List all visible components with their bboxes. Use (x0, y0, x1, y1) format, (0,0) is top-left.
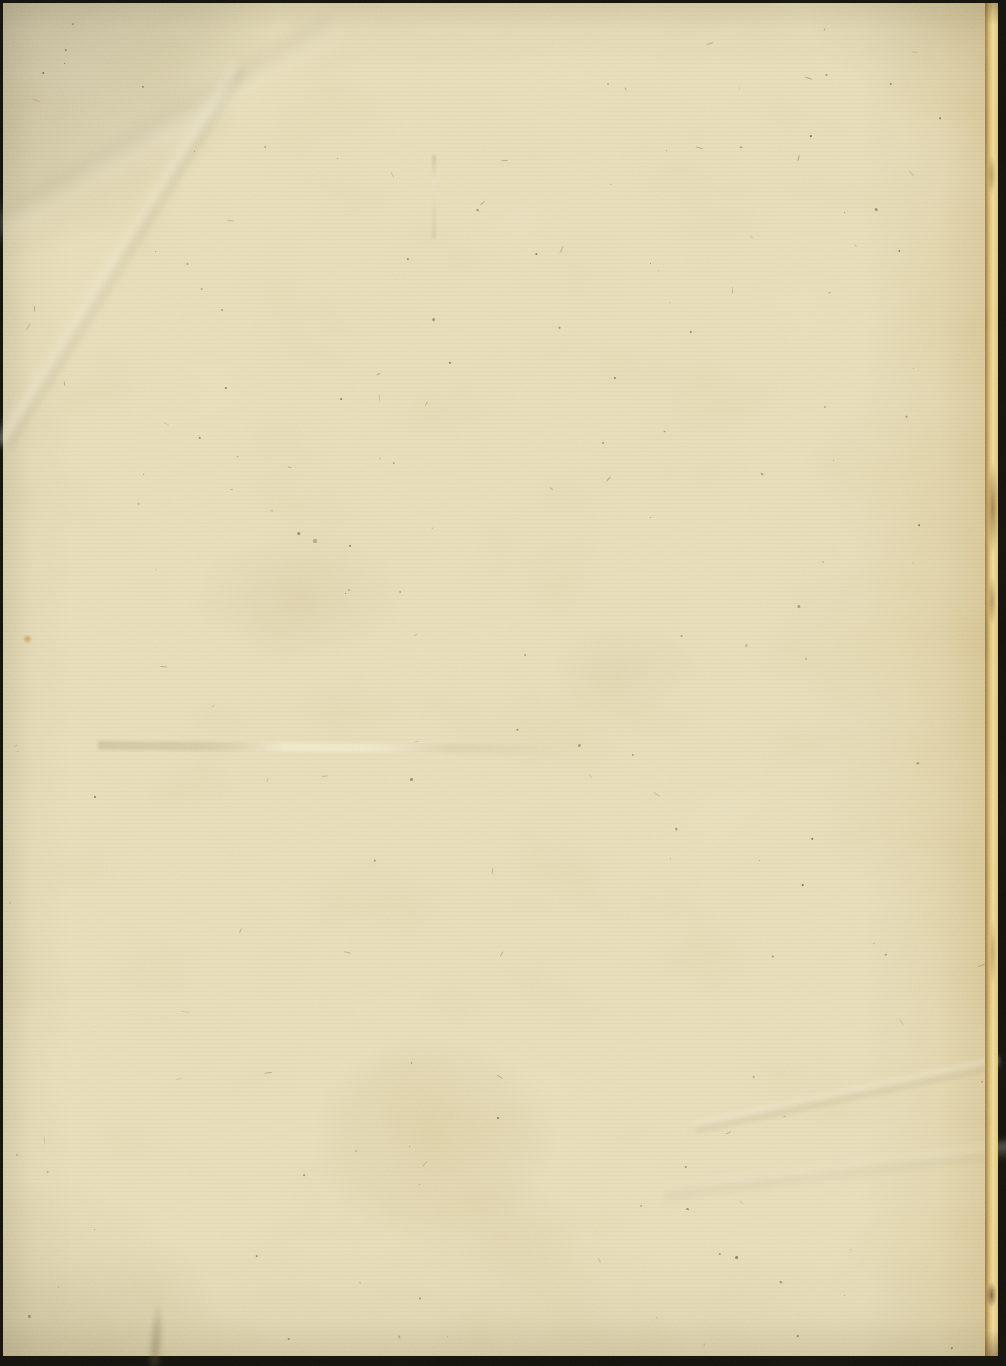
paper-speck (379, 458, 380, 460)
paper-speck (772, 956, 774, 958)
paper-speck (16, 750, 20, 752)
paper-speck (632, 754, 634, 756)
paper-speck (874, 208, 877, 211)
paper-speck (912, 52, 918, 54)
paper-speck (798, 155, 801, 161)
book-page (3, 3, 985, 1356)
scanner-background (0, 0, 1006, 1366)
paper-speck (349, 544, 352, 547)
paper-speck (419, 1183, 421, 1185)
paper-speck (690, 330, 692, 332)
paper-speck (719, 1253, 721, 1255)
paper-speck (849, 1249, 851, 1251)
paper-speck (160, 666, 167, 668)
paper-speck (734, 1255, 739, 1260)
paper-speck (155, 251, 157, 253)
paper-speck (685, 1208, 688, 1211)
fold-crease-top-left-secondary (0, 15, 346, 245)
paper-speck (681, 634, 683, 636)
paper-speck (822, 561, 825, 563)
paper-speck (670, 857, 671, 858)
paper-speck (447, 1336, 449, 1337)
paper-speck (744, 644, 748, 648)
paper-speck (221, 308, 224, 311)
paper-speck (664, 431, 666, 433)
paper-speck (524, 654, 527, 657)
paper-speck (492, 867, 494, 873)
foxing-spot (23, 635, 32, 643)
paper-speck (589, 774, 592, 778)
paper-speck (64, 62, 65, 63)
paper-speck (354, 1149, 357, 1152)
paper-speck (398, 591, 401, 593)
paper-speck (448, 362, 451, 365)
paper-speck (266, 778, 268, 782)
paper-speck (392, 462, 394, 464)
paper-speck (805, 657, 808, 660)
paper-speck (559, 326, 561, 328)
paper-speck (501, 160, 508, 161)
paper-speck (227, 220, 234, 222)
paper-speck (479, 201, 485, 206)
paper-speck (264, 145, 267, 148)
paper-speck (16, 1154, 19, 1157)
paper-speck (725, 1131, 730, 1134)
paper-speck (33, 99, 42, 103)
paper-speck (804, 77, 812, 81)
paper-speck (899, 1019, 904, 1027)
paper-speck (610, 184, 612, 186)
paper-speck (155, 569, 157, 571)
paper-speck (534, 253, 537, 255)
paper-speck (656, 1317, 658, 1319)
paper-speck (199, 437, 201, 439)
speck-layer (3, 3, 985, 1356)
smudge-mark-bottom (146, 1286, 168, 1366)
paper-speck (550, 487, 553, 490)
paper-speck (425, 401, 428, 406)
paper-speck (27, 323, 31, 329)
paper-speck (759, 860, 760, 861)
vertical-press-mark (432, 155, 436, 239)
paper-speck (302, 1174, 305, 1176)
paper-speck (421, 1161, 427, 1168)
paper-speck (414, 741, 419, 744)
paper-speck (34, 306, 36, 312)
paper-speck (912, 562, 914, 563)
paper-speck (732, 287, 733, 294)
paper-speck (650, 517, 651, 519)
paper-speck (142, 85, 144, 87)
paper-speck (696, 146, 704, 149)
paper-speck (898, 250, 901, 253)
paper-speck (93, 1229, 95, 1231)
paper-speck (810, 838, 813, 841)
paper-speck (706, 42, 713, 45)
paper-speck (602, 441, 605, 444)
paper-speck (854, 244, 857, 247)
paper-speck (411, 1062, 413, 1064)
paper-speck (376, 373, 380, 375)
paper-speck (779, 1281, 782, 1284)
paper-speck (181, 1011, 189, 1013)
paper-speck (797, 1335, 800, 1337)
paper-speck (675, 828, 678, 831)
paper-speck (782, 1116, 785, 1118)
paper-speck (296, 532, 300, 536)
paper-speck (658, 270, 659, 271)
paper-speck (94, 796, 97, 798)
paper-speck (497, 1117, 500, 1120)
paper-speck (187, 262, 189, 264)
paper-speck (938, 117, 941, 120)
paper-speck (431, 318, 435, 322)
paper-speck (164, 422, 170, 425)
paper-speck (225, 386, 228, 389)
paper-speck (665, 149, 667, 151)
paper-speck (739, 1201, 743, 1204)
paper-speck (913, 368, 915, 370)
paper-speck (650, 263, 652, 265)
crease-bottom-right (693, 1057, 1001, 1136)
paper-speck (143, 474, 145, 476)
paper-speck (826, 74, 828, 76)
paper-speck (44, 1137, 46, 1145)
paper-speck (703, 1343, 706, 1347)
book-fore-edge (985, 3, 998, 1356)
paper-speck (413, 633, 417, 636)
paper-speck (72, 23, 74, 25)
paper-speck (321, 776, 327, 778)
paper-speck (797, 605, 801, 609)
paper-speck (833, 460, 834, 461)
paper-speck (265, 1072, 273, 1074)
paper-speck (802, 884, 804, 886)
paper-speck (65, 49, 67, 51)
paper-speck (379, 395, 380, 402)
paper-speck (345, 593, 346, 595)
paper-speck (614, 377, 616, 379)
paper-speck (239, 928, 242, 933)
paper-speck (194, 151, 196, 153)
paper-speck (431, 528, 434, 531)
paper-speck (64, 381, 66, 386)
paper-speck (373, 860, 375, 862)
paper-speck (312, 539, 316, 543)
paper-speck (824, 28, 826, 31)
paper-speck (419, 1297, 421, 1300)
paper-speck (398, 1336, 401, 1339)
paper-speck (344, 951, 351, 954)
paper-speck (270, 510, 274, 511)
paper-speck (176, 1079, 182, 1081)
paper-speck (577, 743, 581, 746)
paper-speck (9, 902, 11, 904)
paper-speck (740, 146, 743, 148)
paper-speck (237, 456, 239, 458)
paper-speck (391, 172, 395, 178)
crease-bottom-right-secondary (663, 1142, 1006, 1203)
paper-speck (685, 1166, 687, 1168)
paper-speck (138, 503, 140, 505)
paper-speck (337, 158, 338, 159)
paper-speck (407, 258, 410, 261)
paper-speck (844, 1294, 846, 1296)
paper-speck (607, 82, 610, 85)
paper-speck (606, 476, 611, 481)
paper-speck (201, 288, 203, 290)
paper-speck (640, 1205, 642, 1207)
paper-speck (47, 1170, 49, 1172)
paper-speck (828, 292, 831, 293)
paper-speck (739, 87, 741, 90)
paper-speck (753, 1076, 755, 1078)
paper-speck (909, 170, 915, 175)
paper-speck (517, 729, 519, 731)
horizontal-crease-mid-page (98, 741, 568, 754)
paper-speck (476, 208, 480, 212)
paper-speck (230, 489, 233, 490)
paper-speck (496, 1074, 503, 1079)
paper-speck (13, 745, 19, 748)
paper-speck (598, 1258, 601, 1263)
paper-speck (58, 1287, 59, 1288)
paper-speck (918, 524, 921, 527)
paper-speck (348, 589, 350, 591)
paper-speck (824, 406, 826, 408)
paper-speck (42, 71, 45, 74)
paper-speck (916, 762, 919, 765)
paper-speck (873, 943, 874, 944)
paper-speck (358, 1281, 360, 1283)
paper-speck (408, 1146, 410, 1147)
paper-speck (750, 236, 755, 238)
paper-speck (624, 87, 627, 90)
paper-speck (890, 83, 892, 85)
paper-speck (287, 466, 291, 468)
paper-speck (844, 212, 845, 213)
paper-speck (653, 792, 661, 797)
paper-speck (981, 1081, 983, 1084)
paper-speck (905, 416, 907, 418)
paper-speck (760, 472, 763, 475)
paper-speck (978, 964, 985, 967)
paper-speck (884, 954, 886, 957)
paper-speck (499, 951, 503, 957)
fold-crease-top-left (0, 61, 248, 450)
paper-speck (27, 1315, 31, 1319)
paper-speck (410, 778, 413, 781)
paper-speck (669, 302, 671, 303)
paper-speck (288, 1338, 290, 1340)
paper-speck (256, 1255, 258, 1257)
paper-speck (810, 135, 812, 137)
paper-speck (951, 1347, 953, 1349)
paper-speck (339, 397, 342, 400)
paper-speck (211, 704, 215, 707)
paper-speck (560, 247, 564, 255)
